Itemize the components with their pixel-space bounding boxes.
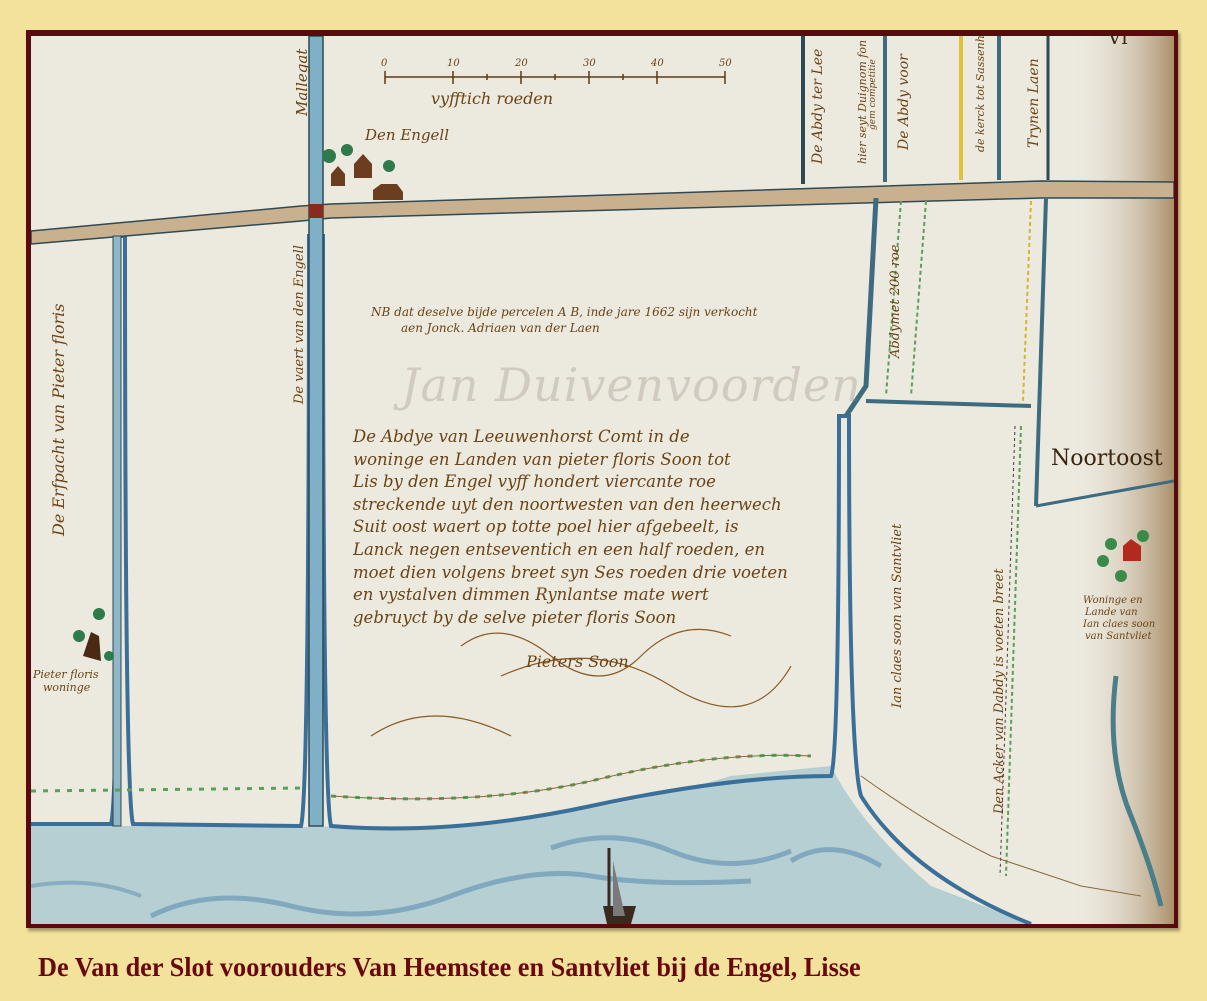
scale-tick-30: 30 [583, 58, 596, 69]
label-jan-woninge-4: van Santvliet [1085, 632, 1151, 642]
scale-tick-40: 40 [651, 58, 664, 69]
inscription-line: Lanck negen entseventich en een half roe… [353, 539, 823, 562]
inscription-line: en vystalven dimmen Rynlantse mate wert [353, 584, 823, 607]
label-pieter-woninge: woninge [43, 682, 90, 693]
label-abdy-voor: De Abdy voor [897, 54, 911, 150]
scale-tick-0: 0 [381, 58, 387, 69]
inscription-line: Lis by den Engel vyff hondert viercante … [353, 471, 823, 494]
note-block: NB dat deselve bijde percelen A B, inde … [371, 304, 757, 336]
note-line: aen Jonck. Adriaen van der Laen [371, 320, 757, 336]
inscription-line: De Abdye van Leeuwenhorst Comt in de [353, 426, 823, 449]
inscription-line: streckende uyt den noortwesten van den h… [353, 494, 823, 517]
scale-tick-50: 50 [719, 58, 732, 69]
label-den-engell: Den Engell [365, 128, 449, 143]
label-corner-mark: VI [1108, 36, 1128, 48]
label-acker: Den Acker van Dabdy is voeten breet [993, 569, 1006, 815]
label-mallegat: Mallegat [295, 49, 310, 116]
label-jan-woninge-3: Ian claes soon [1083, 620, 1155, 630]
label-kerck: de kerck tot Sassenheim [975, 36, 986, 152]
inscription-line: Suit oost waert op totte poel hier afgeb… [353, 516, 823, 539]
main-inscription: De Abdye van Leeuwenhorst Comt in de won… [353, 426, 823, 629]
label-noortoost: Noortoost [1051, 446, 1163, 471]
label-pieter-floris: Pieter floris [33, 669, 99, 680]
label-hier-seyt: hier seyt Duignom fon [857, 40, 868, 164]
scale-label: vyfftich roeden [431, 91, 553, 107]
label-jan-claes: Ian claes soon van Santvliet [891, 524, 904, 708]
label-de-vaert: De vaert van den Engell [293, 245, 306, 404]
label-competitie: gem competitie [869, 59, 878, 130]
watermark: Jan Duivenvoorden [401, 358, 862, 412]
label-abdy-ter-lee: De Abdy ter Lee [811, 49, 825, 164]
inscription-line: woninge en Landen van pieter floris Soon… [353, 449, 823, 472]
scale-tick-20: 20 [515, 58, 528, 69]
scale-tick-10: 10 [447, 58, 460, 69]
caption: De Van der Slot voorouders Van Heemstee … [38, 951, 861, 983]
signature: Pieters Soon [526, 654, 629, 670]
label-trynen-laen: Trynen Laen [1027, 58, 1041, 148]
inscription-line: moet dien volgens breet syn Ses roeden d… [353, 562, 823, 585]
label-abdy-met: Abdymet 200 roe [889, 245, 902, 358]
label-jan-woninge-2: Lande van [1085, 608, 1138, 618]
note-line: NB dat deselve bijde percelen A B, inde … [371, 304, 757, 320]
historical-map: 0 10 20 30 40 50 vyfftich roeden Mallega… [31, 36, 1174, 924]
label-jan-woninge-1: Woninge en [1083, 596, 1143, 606]
inscription-line: gebruyct by de selve pieter floris Soon [353, 607, 823, 630]
label-erfpacht: De Erfpacht van Pieter floris [51, 304, 67, 536]
